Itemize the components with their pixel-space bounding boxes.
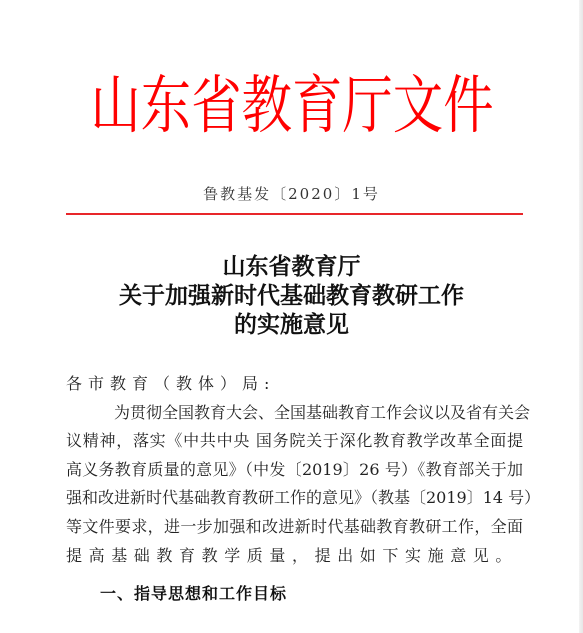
heading-line-subject: 关于加强新时代基础教育教研工作 — [0, 281, 583, 310]
body-line: 强和改进新时代基础教育教研工作的意见》（教基〔2019〕14 号） — [66, 484, 523, 513]
heading-line-type: 的实施意见 — [0, 310, 583, 339]
page-edge-shadow — [579, 0, 583, 633]
document-body: 各市教育（教体）局: 为贯彻全国教育大会、全国基础教育工作会议以及省有关会 议精… — [66, 370, 523, 570]
body-line: 为贯彻全国教育大会、全国基础教育工作会议以及省有关会 — [66, 399, 523, 428]
heading-line-issuer: 山东省教育厅 — [0, 252, 583, 281]
body-line: 议精神，落实《中共中央 国务院关于深化教育教学改革全面提 — [66, 427, 523, 456]
addressee-line: 各市教育（教体）局: — [66, 370, 523, 399]
body-line: 高义务教育质量的意见》（中发〔2019〕26 号）《教育部关于加 — [66, 456, 523, 485]
document-header-title-text: 山东省教育厅文件 — [90, 66, 493, 146]
red-divider-rule — [66, 213, 523, 215]
document-page: 山东省教育厅文件 鲁教基发〔2020〕1号 山东省教育厅 关于加强新时代基础教育… — [0, 0, 579, 633]
body-line: 等文件要求，进一步加强和改进新时代基础教育教研工作，全面 — [66, 513, 523, 542]
body-line: 提高基础教育教学质量，提出如下实施意见。 — [66, 542, 523, 571]
section-heading: 一、指导思想和工作目标 — [100, 582, 287, 606]
document-heading: 山东省教育厅 关于加强新时代基础教育教研工作 的实施意见 — [0, 252, 583, 339]
document-number: 鲁教基发〔2020〕1号 — [0, 183, 583, 205]
document-header-title: 山东省教育厅文件 — [0, 66, 583, 146]
